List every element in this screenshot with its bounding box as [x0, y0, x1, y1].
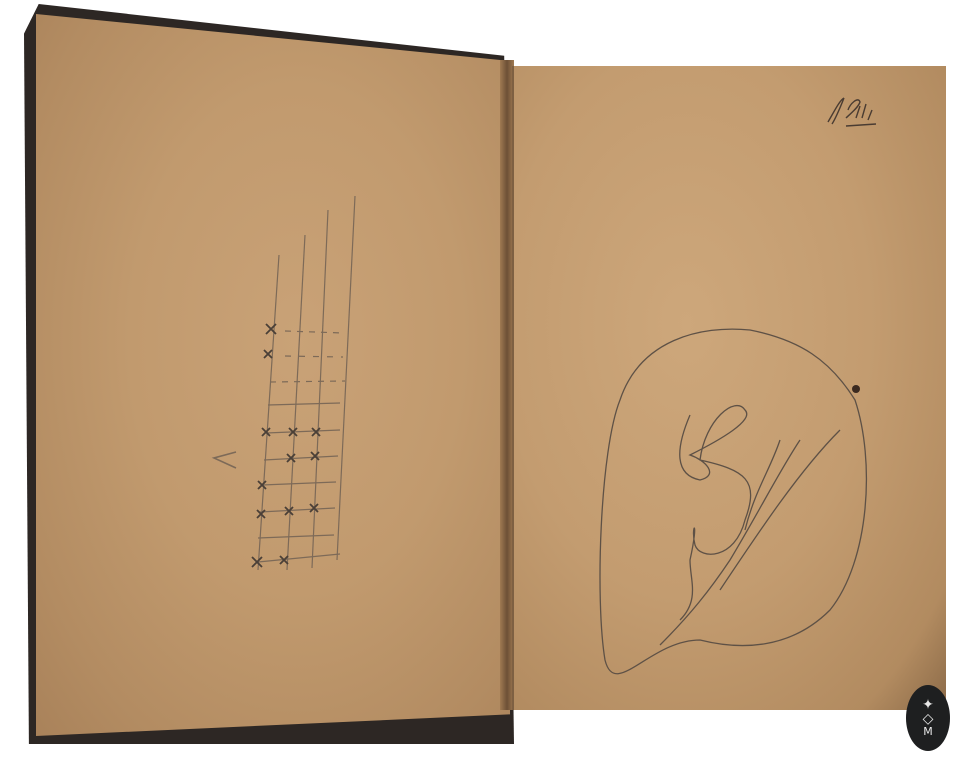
diamond-icon: ◇ — [923, 712, 934, 726]
photo-scene: ✦ ◇ M — [0, 0, 967, 768]
x-marks — [252, 324, 320, 567]
scribble-sketch — [600, 329, 866, 674]
diamond-flower-logo-icon: ✦ — [922, 698, 934, 712]
watermark-badge: ✦ ◇ M — [906, 685, 950, 751]
inscription-number-40 — [820, 92, 890, 132]
grid-sketch — [214, 196, 355, 570]
watermark-letter: M — [923, 726, 933, 738]
ink-spot — [852, 385, 860, 393]
